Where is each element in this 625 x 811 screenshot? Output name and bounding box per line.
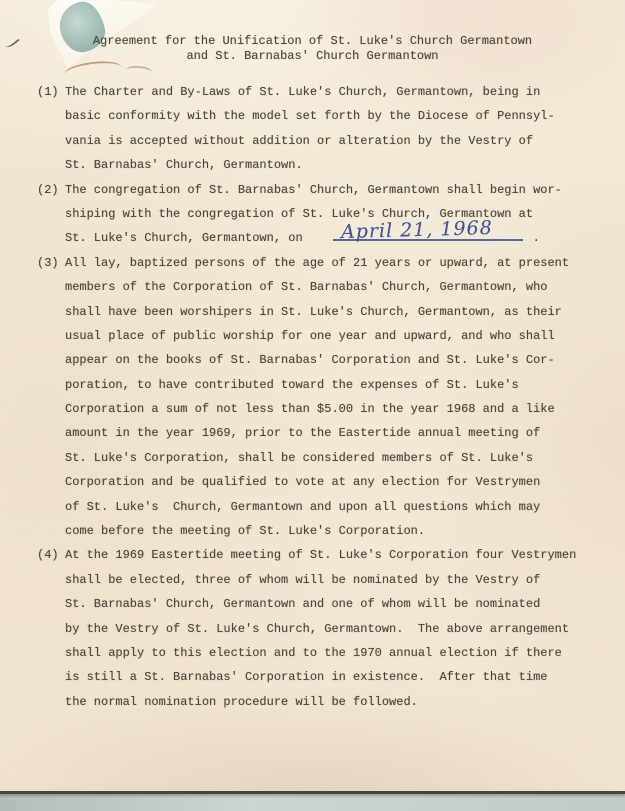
fill-in-blank: April 21, 1968: [333, 226, 523, 241]
body-line: members of the Corporation of St. Barnab…: [65, 275, 625, 299]
body-line: shall have been worshipers in St. Luke's…: [65, 300, 625, 324]
agreement-item-1: (1) The Charter and By-Laws of St. Luke'…: [0, 80, 625, 178]
agreement-item-4: (4) At the 1969 Eastertide meeting of St…: [0, 543, 625, 714]
body-line: St. Luke's Corporation, shall be conside…: [65, 446, 625, 470]
body-line: vania is accepted without addition or al…: [65, 129, 625, 153]
body-line: St. Barnabas' Church, Germantown and one…: [65, 592, 625, 616]
body-line: come before the meeting of St. Luke's Co…: [65, 519, 625, 543]
item-number: (3): [37, 251, 59, 275]
body-line: poration, to have contributed toward the…: [65, 373, 625, 397]
fill-in-period: .: [533, 231, 540, 245]
scanned-page: Agreement for the Unification of St. Luk…: [0, 0, 625, 794]
body-line: Corporation a sum of not less than $5.00…: [65, 397, 625, 421]
handwritten-date: April 21, 1968: [340, 216, 492, 245]
title-line-1: Agreement for the Unification of St. Luk…: [93, 34, 532, 48]
body-line: is still a St. Barnabas' Corporation in …: [65, 665, 625, 689]
body-line: the normal nomination procedure will be …: [65, 690, 625, 714]
body-line: All lay, baptized persons of the age of …: [65, 251, 625, 275]
document-body: (1) The Charter and By-Laws of St. Luke'…: [0, 80, 625, 714]
body-line: The Charter and By-Laws of St. Luke's Ch…: [65, 80, 625, 104]
body-line: The congregation of St. Barnabas' Church…: [65, 178, 625, 202]
item-number: (4): [37, 543, 59, 567]
document-title: Agreement for the Unification of St. Luk…: [0, 34, 625, 63]
title-line-2: and St. Barnabas' Church Germantown: [186, 49, 438, 63]
item-number: (1): [37, 80, 59, 104]
body-line: appear on the books of St. Barnabas' Cor…: [65, 348, 625, 372]
body-line: of St. Luke's Church, Germantown and upo…: [65, 495, 625, 519]
body-line: St. Barnabas' Church, Germantown.: [65, 153, 625, 177]
fill-in-prefix: St. Luke's Church, Germantown, on: [65, 231, 303, 245]
body-line: amount in the year 1969, prior to the Ea…: [65, 421, 625, 445]
agreement-item-3: (3) All lay, baptized persons of the age…: [0, 251, 625, 544]
fill-in-line: St. Luke's Church, Germantown, onApril 2…: [65, 226, 625, 250]
body-line: Corporation and be qualified to vote at …: [65, 470, 625, 494]
item-number: (2): [37, 178, 59, 202]
body-line: basic conformity with the model set fort…: [65, 104, 625, 128]
agreement-item-2: (2) The congregation of St. Barnabas' Ch…: [0, 178, 625, 251]
body-line: shall be elected, three of whom will be …: [65, 568, 625, 592]
body-line: At the 1969 Eastertide meeting of St. Lu…: [65, 543, 625, 567]
body-line: by the Vestry of St. Luke's Church, Germ…: [65, 617, 625, 641]
stain-mark: [126, 65, 153, 77]
body-line: shall apply to this election and to the …: [65, 641, 625, 665]
body-line: usual place of public worship for one ye…: [65, 324, 625, 348]
